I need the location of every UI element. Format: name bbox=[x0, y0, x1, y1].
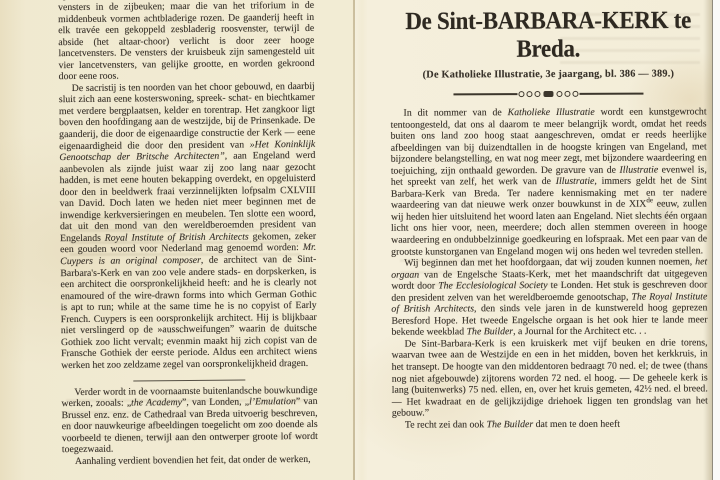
ornament-divider bbox=[453, 90, 643, 99]
section-rule bbox=[133, 379, 245, 381]
ornament-line bbox=[453, 93, 517, 95]
article-body: In dit nommer van de Katholieke Illustra… bbox=[391, 106, 708, 431]
right-column: De Sint-BARBARA-KERK te Breda. (De Katho… bbox=[390, 1, 708, 431]
paragraph: De Sint-Barbara-Kerk is een kruiskerk me… bbox=[392, 337, 708, 419]
left-column: openingen doorbroken. Merkwaardig van sa… bbox=[58, 0, 318, 467]
paragraph: Verder wordt in de voornaamste buitenlan… bbox=[61, 384, 318, 456]
left-column-body: vensters in de zijbeuken; maar die van h… bbox=[58, 0, 318, 467]
paragraph: Wij beginnen dan met het hoofdorgaan, da… bbox=[391, 256, 707, 338]
ornament-ring bbox=[518, 91, 524, 97]
ornament-ring bbox=[556, 91, 562, 97]
paragraph: In dit nommer van de Katholieke Illustra… bbox=[391, 106, 708, 257]
article-title: De Sint-BARBARA-KERK te Breda. bbox=[390, 6, 706, 64]
paragraph: Te recht zei dan ook The Builder dat men… bbox=[392, 418, 708, 431]
article-subtitle: (De Katholieke Illustratie, 3e jaargang,… bbox=[390, 68, 706, 80]
page-fold-highlight bbox=[355, 0, 362, 480]
ornament-ring bbox=[572, 91, 578, 97]
paragraph: Aanhaling verdient bovendien het feit, d… bbox=[62, 454, 318, 468]
ornament-ring bbox=[534, 91, 540, 97]
paper-right-edge bbox=[712, 0, 720, 480]
scanned-page: openingen doorbroken. Merkwaardig van sa… bbox=[0, 0, 720, 480]
ornament-knot bbox=[543, 91, 553, 97]
paragraph: De sacristij is ten noorden van het choo… bbox=[59, 81, 318, 372]
paragraph: vensters in de zijbeuken; maar die van h… bbox=[58, 0, 315, 83]
ornament-ring bbox=[526, 91, 532, 97]
ornament-line bbox=[579, 93, 643, 95]
ornament-ring bbox=[564, 91, 570, 97]
